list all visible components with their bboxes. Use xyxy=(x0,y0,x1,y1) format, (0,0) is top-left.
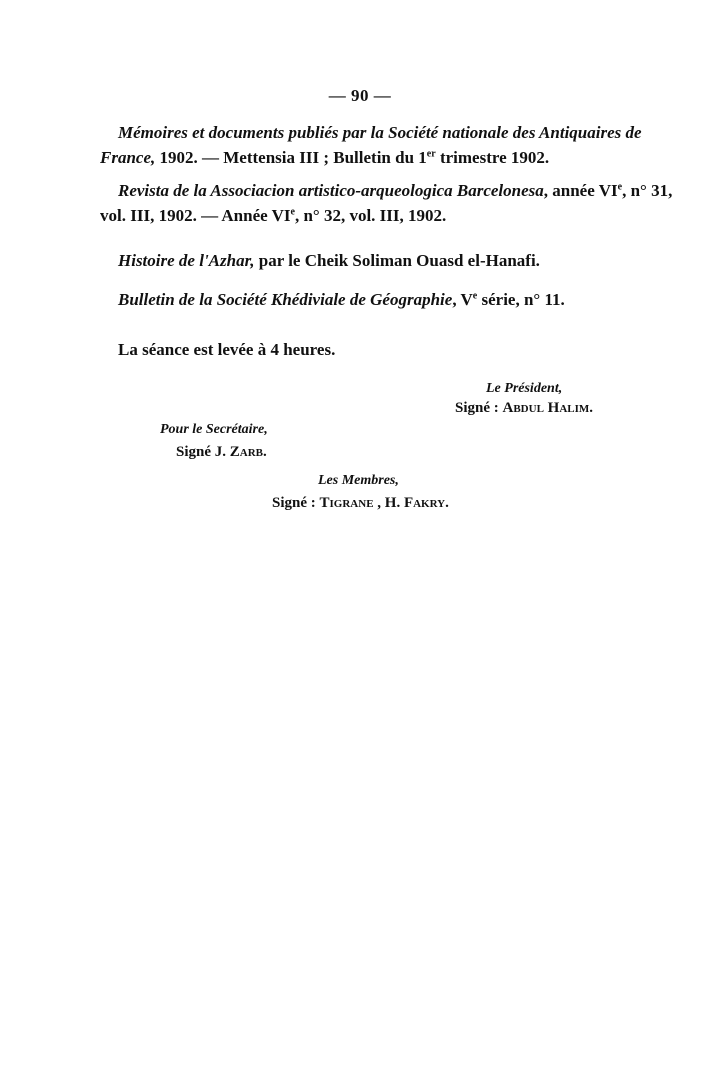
publication-entry-bulletin-geographie: Bulletin de la Société Khédiviale de Géo… xyxy=(100,287,632,312)
entry-title: Bulletin de la Société Khédiviale de Géo… xyxy=(118,290,452,309)
signature-secretary: Signé J. Zarb. xyxy=(176,444,267,461)
signature-president-role: Le Président, xyxy=(486,380,562,397)
document-page: — 90 — Mémoires et documents publiés par… xyxy=(0,0,720,1082)
signature-members-role: Les Membres, xyxy=(318,472,399,489)
signature-secretary-role: Pour le Secrétaire, xyxy=(160,421,268,438)
page-number: — 90 — xyxy=(0,86,720,106)
publication-entry-azhar: Histoire de l'Azhar, par le Cheik Solima… xyxy=(100,248,632,273)
publication-entry-revista: Revista de la Associacion artistico-arqu… xyxy=(100,178,632,228)
entry-continuation: vol. III, 1902. — Année VIe, n° 32, vol.… xyxy=(100,203,632,228)
closing-statement: La séance est levée à 4 heures. xyxy=(100,337,632,362)
entry-continuation: France, 1902. — Mettensia III ; Bulletin… xyxy=(100,145,632,170)
entry-first-line: Revista de la Associacion artistico-arqu… xyxy=(100,178,632,203)
publication-entry-memoires: Mémoires et documents publiés par la Soc… xyxy=(100,120,632,170)
entry-title: Histoire de l'Azhar, xyxy=(118,251,255,270)
entry-title: Mémoires et documents publiés par la Soc… xyxy=(100,120,632,145)
signature-president: Signé : Abdul Halim. xyxy=(455,400,593,417)
signature-members: Signé : Tigrane , H. Fakry. xyxy=(272,495,449,512)
